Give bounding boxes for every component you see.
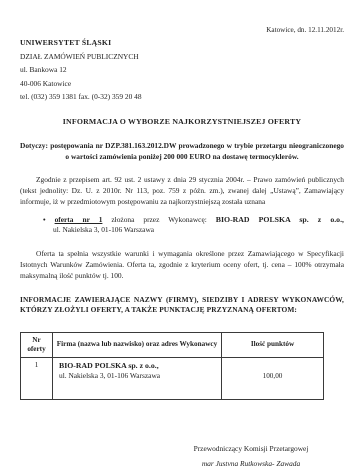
col-header-offer-number: Nr oferty	[21, 332, 53, 357]
subject-line: Dotyczy: postępowania nr DZP.381.163.201…	[20, 140, 344, 162]
table-row: 1 BIO-RAD POLSKA sp. z o.o., ul. Nakiels…	[21, 357, 324, 399]
signature-role: Przewodniczący Komisji Przetargowej	[172, 441, 330, 456]
sender-phone: tel. (032) 359 1381 fax. (0-32) 359 20 4…	[20, 90, 344, 104]
cell-offer-number: 1	[21, 357, 53, 399]
sender-name: UNIWERSYTET ŚLĄSKI	[20, 36, 344, 50]
signature-block: Przewodniczący Komisji Przetargowej mgr …	[172, 441, 330, 466]
offer-company-address: ul. Nakielska 3, 01-106 Warszawa	[43, 225, 344, 236]
table-header-row: Nr oferty Firma (nazwa lub nazwisko) ora…	[21, 332, 324, 357]
offers-table: Nr oferty Firma (nazwa lub nazwisko) ora…	[20, 332, 324, 400]
cell-points: 100,00	[222, 357, 324, 399]
col-header-points: Ilość punktów	[222, 332, 324, 357]
offer-company-name: BIO-RAD POLSKA sp. z o.o.,	[216, 215, 344, 224]
date-line: Katowice, dn. 12.11.2012r.	[20, 26, 344, 34]
cell-company-name: BIO-RAD POLSKA sp. z o.o.,	[59, 361, 217, 372]
cell-company-address: ul. Nakielska 3, 01-106 Warszawa	[59, 371, 217, 382]
intro-paragraph: Zgodnie z przepisem art. 92 ust. 2 ustaw…	[20, 174, 344, 207]
document-page: Katowice, dn. 12.11.2012r. UNIWERSYTET Ś…	[0, 0, 360, 466]
winning-offer-item: • oferta nr 1 złożona przez Wykonawcę: B…	[20, 215, 344, 236]
sender-street: ul. Bankowa 12	[20, 63, 344, 77]
sender-city: 40-006 Katowice	[20, 77, 344, 91]
offer-middle-text: złożona przez Wykonawcę:	[102, 215, 215, 224]
offer-number-label: oferta nr 1	[55, 215, 103, 224]
document-title: INFORMACJA O WYBORZE NAJKORZYSTNIEJSZEJ …	[20, 117, 344, 126]
cell-company: BIO-RAD POLSKA sp. z o.o., ul. Nakielska…	[53, 357, 222, 399]
signature-name: mgr Justyna Rutkowska- Zawada	[172, 456, 330, 466]
sender-block: UNIWERSYTET ŚLĄSKI DZIAŁ ZAMÓWIEŃ PUBLIC…	[20, 36, 344, 104]
evaluation-paragraph: Oferta ta spełnia wszystkie warunki i wy…	[20, 248, 344, 281]
col-header-company: Firma (nazwa lub nazwisko) oraz adres Wy…	[53, 332, 222, 357]
bullet-icon: •	[43, 215, 46, 224]
sender-department: DZIAŁ ZAMÓWIEŃ PUBLICZNYCH	[20, 50, 344, 64]
winning-offer-line: • oferta nr 1 złożona przez Wykonawcę: B…	[43, 215, 344, 226]
table-heading: INFORMACJE ZAWIERAJĄCE NAZWY (FIRMY), SI…	[20, 295, 344, 316]
